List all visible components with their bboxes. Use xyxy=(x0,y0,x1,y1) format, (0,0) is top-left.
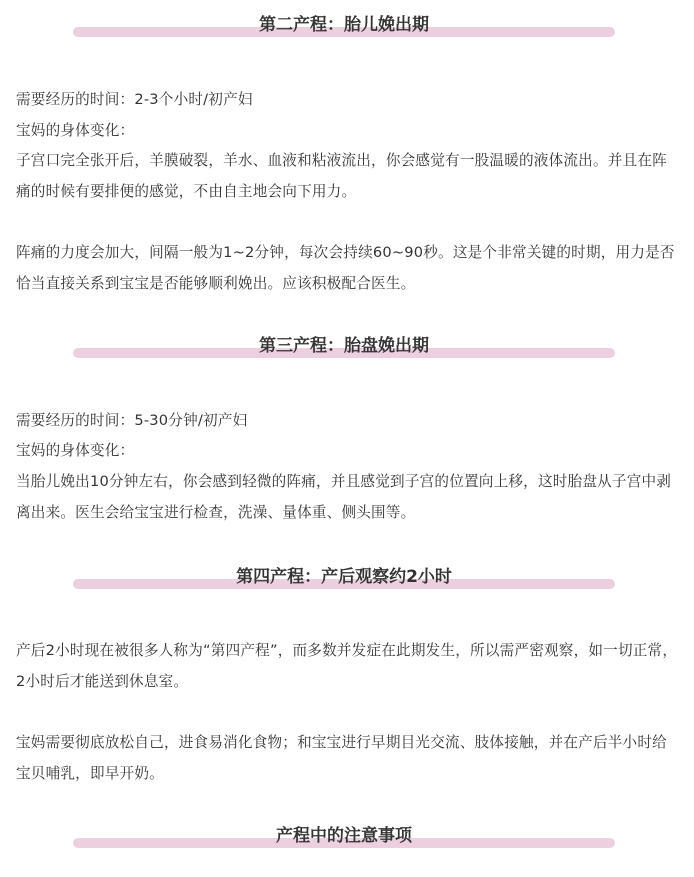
time-required-text: 需要经历的时间：5-30分钟/初产妇 xyxy=(16,406,680,437)
paragraph: 子宫口完全张开后，羊膜破裂，羊水、血液和粘液流出，你会感觉有一股温暖的液体流出。… xyxy=(16,146,680,207)
body-change-label: 宝妈的身体变化： xyxy=(16,116,680,147)
section-heading-stage-four: 第四产程：产后观察约2小时 xyxy=(73,564,615,594)
section-heading-stage-three: 第三产程：胎盘娩出期 xyxy=(73,333,615,363)
heading-text: 第四产程：产后观察约2小时 xyxy=(73,564,615,590)
body-change-label: 宝妈的身体变化： xyxy=(16,436,680,467)
paragraph: 当胎儿娩出10分钟左右，你会感到轻微的阵痛，并且感觉到子宫的位置向上移，这时胎盘… xyxy=(16,467,680,528)
paragraph: 宝妈需要彻底放松自己，进食易消化食物；和宝宝进行早期目光交流、肢体接触，并在产后… xyxy=(16,728,680,789)
section-heading-notes: 产程中的注意事项 xyxy=(73,823,615,853)
section-heading-stage-two: 第二产程：胎儿娩出期 xyxy=(73,12,615,42)
heading-text: 产程中的注意事项 xyxy=(73,823,615,849)
heading-text: 第二产程：胎儿娩出期 xyxy=(73,12,615,38)
paragraph: 产后2小时现在被很多人称为“第四产程”，而多数并发症在此期发生，所以需严密观察，… xyxy=(16,636,680,697)
heading-text: 第三产程：胎盘娩出期 xyxy=(73,333,615,359)
time-required-text: 需要经历的时间：2-3个小时/初产妇 xyxy=(16,85,680,116)
paragraph: 阵痛的力度会加大，间隔一般为1~2分钟，每次会持续60~90秒。这是个非常关键的… xyxy=(16,238,680,299)
